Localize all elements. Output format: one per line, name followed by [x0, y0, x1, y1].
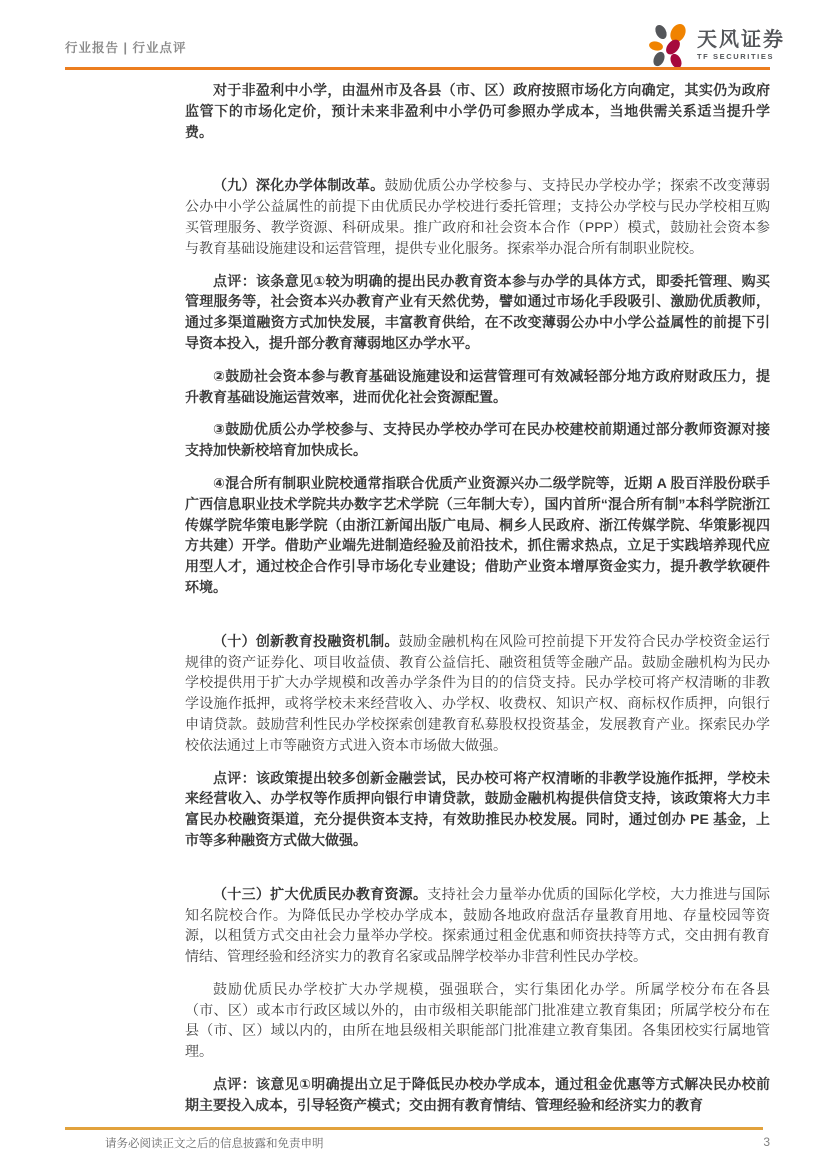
paragraph: 鼓励优质民办学校扩大办学规模，强强联合，实行集团化办学。所属学校分布在各县（市、…	[185, 979, 770, 1062]
paragraph: （十三）扩大优质民办教育资源。支持社会力量举办优质的国际化学校，大力推进与国际知…	[185, 884, 770, 967]
paragraph-lead: （十）创新教育投融资机制。	[213, 633, 399, 649]
paragraph: ④混合所有制职业院校通常指联合优质产业资源兴办二级学院等，近期 A 股百洋股份联…	[185, 473, 770, 598]
paragraph: 对于非盈利中小学，由温州市及各县（市、区）政府按照市场化方向确定，其实仍为政府监…	[185, 80, 770, 142]
paragraph: ③鼓励优质公办学校参与、支持民办学校办学可在民办校建校前期通过部分教师资源对接支…	[185, 419, 770, 461]
header-divider	[65, 67, 770, 70]
footer-divider	[65, 1127, 763, 1130]
tf-securities-logo: 天风证券 TF SECURITIES	[649, 23, 785, 67]
paragraph-lead: （九）深化办学体制改革。	[213, 177, 384, 193]
logo-text: 天风证券 TF SECURITIES	[697, 29, 785, 61]
page-number: 3	[720, 1135, 770, 1149]
petal-flower-icon	[649, 23, 693, 67]
logo-name-cn: 天风证券	[697, 29, 785, 51]
footer-disclaimer: 请务必阅读正文之后的信息披露和免责申明	[105, 1135, 324, 1151]
logo-name-en: TF SECURITIES	[697, 52, 785, 61]
paragraph-lead: （十三）扩大优质民办教育资源。	[213, 886, 427, 902]
paragraph: 点评：该条意见①较为明确的提出民办教育资本参与办学的具体方式，即委托管理、购买管…	[185, 271, 770, 354]
paragraph: （九）深化办学体制改革。鼓励优质公办学校参与、支持民办学校办学；探索不改变薄弱公…	[185, 175, 770, 258]
body-paragraphs: 对于非盈利中小学，由温州市及各县（市、区）政府按照市场化方向确定，其实仍为政府监…	[185, 80, 770, 1116]
paragraph: ②鼓励社会资本参与教育基础设施建设和运营管理可有效减轻部分地方政府财政压力，提升…	[185, 366, 770, 408]
breadcrumb: 行业报告 | 行业点评	[65, 38, 186, 56]
paragraph: （十）创新教育投融资机制。鼓励金融机构在风险可控前提下开发符合民办学校资金运行规…	[185, 631, 770, 756]
report-page: 行业报告 | 行业点评 天风证券 TF SECURITIES 对于非盈利中小学，…	[0, 0, 827, 1169]
paragraph: 点评：该政策提出较多创新金融尝试，民办校可将产权清晰的非教学设施作抵押，学校未来…	[185, 768, 770, 851]
paragraph: 点评：该意见①明确提出立足于降低民办校办学成本，通过租金优惠等方式解决民办校前期…	[185, 1074, 770, 1116]
